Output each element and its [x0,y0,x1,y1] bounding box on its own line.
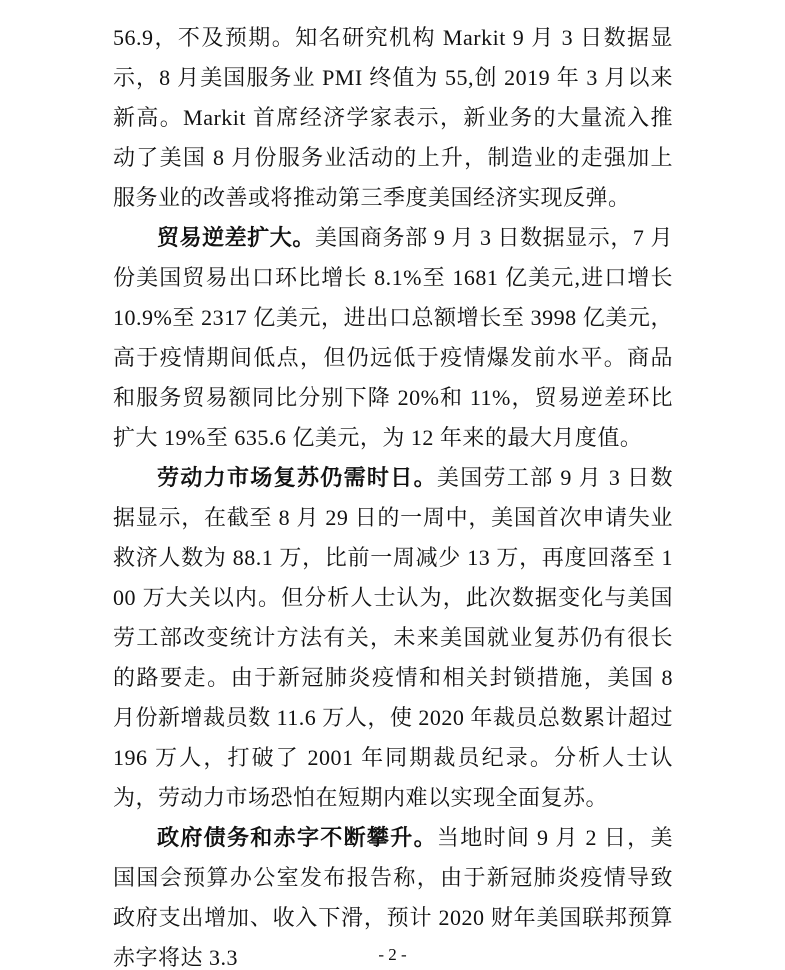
paragraph: 56.9，不及预期。知名研究机构 Markit 9 月 3 日数据显示，8 月美… [113,18,673,218]
paragraph-text: 美国劳工部 9 月 3 日数据显示，在截至 8 月 29 日的一周中，美国首次申… [113,465,673,810]
paragraph: 贸易逆差扩大。美国商务部 9 月 3 日数据显示，7 月份美国贸易出口环比增长 … [113,218,673,458]
paragraph-text: 56.9，不及预期。知名研究机构 Markit 9 月 3 日数据显示，8 月美… [113,25,673,210]
paragraph: 劳动力市场复苏仍需时日。美国劳工部 9 月 3 日数据显示，在截至 8 月 29… [113,458,673,818]
document-page: 56.9，不及预期。知名研究机构 Markit 9 月 3 日数据显示，8 月美… [0,0,785,970]
paragraph-lead: 劳动力市场复苏仍需时日。 [157,465,437,490]
paragraph-text: 美国商务部 9 月 3 日数据显示，7 月份美国贸易出口环比增长 8.1%至 1… [113,225,673,450]
document-body: 56.9，不及预期。知名研究机构 Markit 9 月 3 日数据显示，8 月美… [113,18,673,970]
page-number: - 2 - [0,944,785,966]
paragraph-lead: 政府债务和赤字不断攀升。 [157,825,437,850]
paragraph-lead: 贸易逆差扩大。 [157,225,315,250]
